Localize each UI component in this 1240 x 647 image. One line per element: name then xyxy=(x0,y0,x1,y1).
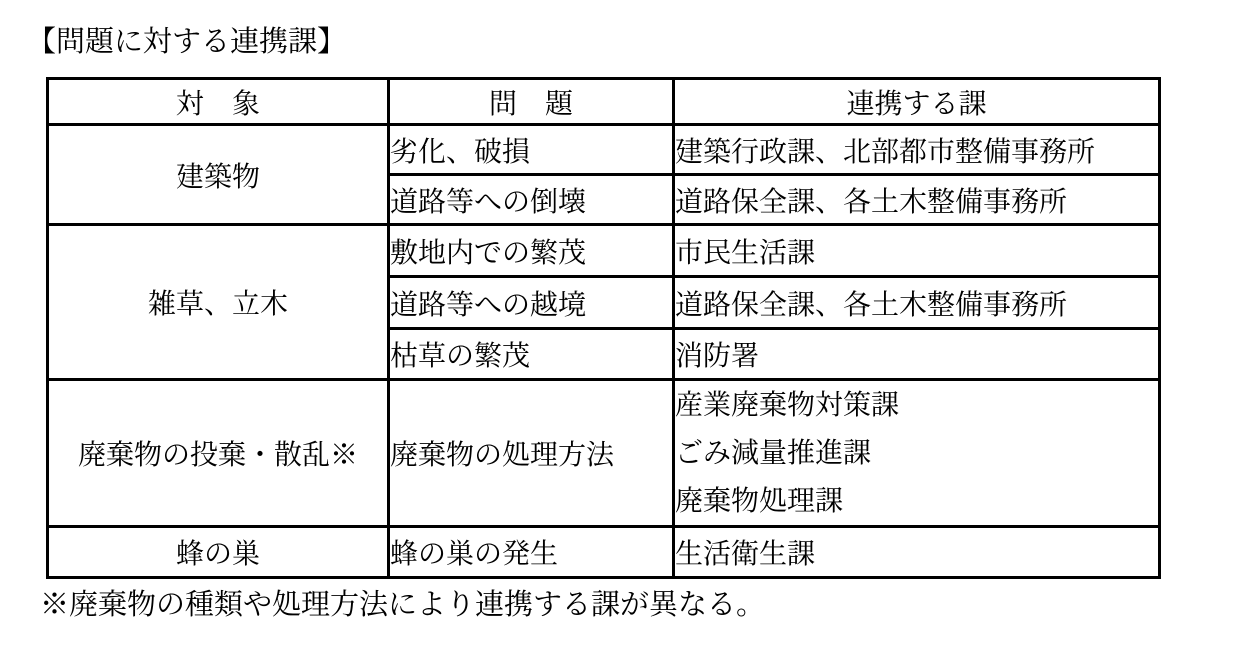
problem-cell: 蜂の巣の発生 xyxy=(389,527,674,578)
header-department: 連携する課 xyxy=(674,79,1160,125)
department-cell: 道路保全課、各土木整備事務所 xyxy=(674,175,1160,225)
table-header-row: 対 象 問 題 連携する課 xyxy=(48,79,1160,125)
cooperation-table: 対 象 問 題 連携する課 建築物 劣化、破損 建築行政課、北部都市整備事務所 … xyxy=(46,77,1161,579)
department-cell: 生活衛生課 xyxy=(674,527,1160,578)
department-line: 産業廃棄物対策課 xyxy=(675,381,1158,429)
department-cell: 消防署 xyxy=(674,329,1160,380)
table-row: 蜂の巣 蜂の巣の発生 生活衛生課 xyxy=(48,527,1160,578)
problem-cell: 枯草の繁茂 xyxy=(389,329,674,380)
target-cell-waste: 廃棄物の投棄・散乱※ xyxy=(48,380,389,527)
table-row: 建築物 劣化、破損 建築行政課、北部都市整備事務所 xyxy=(48,125,1160,175)
department-cell: 道路保全課、各土木整備事務所 xyxy=(674,277,1160,329)
problem-cell: 道路等への倒壊 xyxy=(389,175,674,225)
target-cell-buildings: 建築物 xyxy=(48,125,389,225)
page-title: 【問題に対する連携課】 xyxy=(27,24,346,58)
problem-cell: 道路等への越境 xyxy=(389,277,674,329)
department-line: 廃棄物処理課 xyxy=(675,477,1158,525)
target-cell-weeds-trees: 雑草、立木 xyxy=(48,225,389,380)
target-cell-beehive: 蜂の巣 xyxy=(48,527,389,578)
department-cell: 市民生活課 xyxy=(674,225,1160,277)
document-page: 【問題に対する連携課】 対 象 問 題 連携する課 建築物 劣化、破損 建築行政… xyxy=(0,0,1240,647)
department-cell: 建築行政課、北部都市整備事務所 xyxy=(674,125,1160,175)
problem-cell: 敷地内での繁茂 xyxy=(389,225,674,277)
footnote: ※廃棄物の種類や処理方法により連携する課が異なる。 xyxy=(40,586,765,622)
header-target: 対 象 xyxy=(48,79,389,125)
department-line: ごみ減量推進課 xyxy=(675,429,1158,477)
problem-cell: 廃棄物の処理方法 xyxy=(389,380,674,527)
header-problem: 問 題 xyxy=(389,79,674,125)
department-cell: 産業廃棄物対策課 ごみ減量推進課 廃棄物処理課 xyxy=(674,380,1160,527)
problem-cell: 劣化、破損 xyxy=(389,125,674,175)
table-row: 廃棄物の投棄・散乱※ 廃棄物の処理方法 産業廃棄物対策課 ごみ減量推進課 廃棄物… xyxy=(48,380,1160,527)
table-row: 雑草、立木 敷地内での繁茂 市民生活課 xyxy=(48,225,1160,277)
